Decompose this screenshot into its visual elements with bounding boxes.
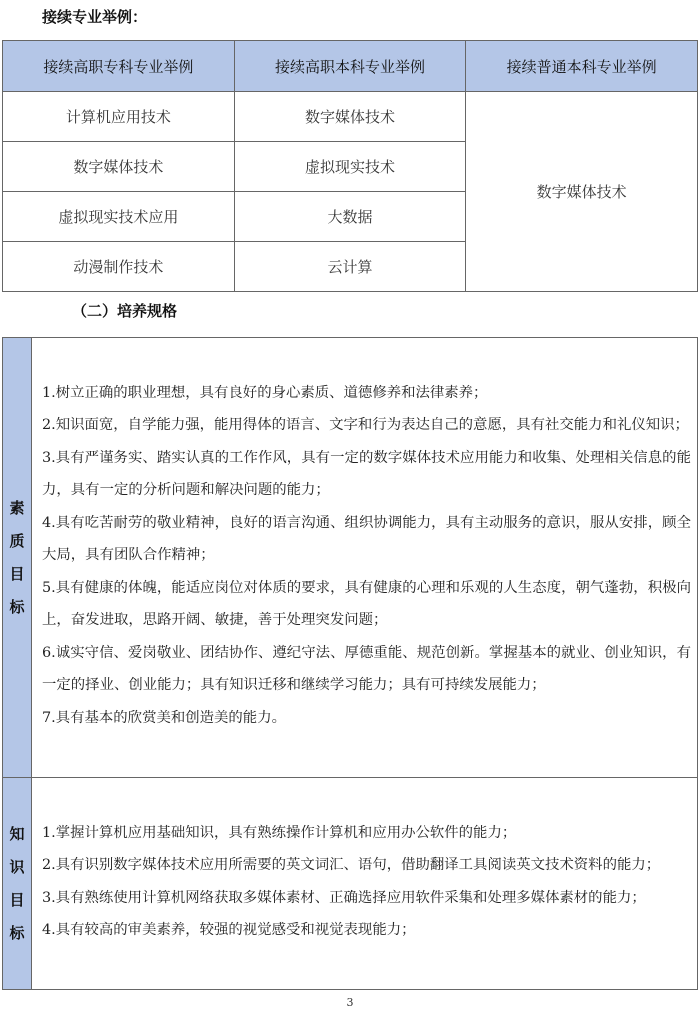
table-cell: 虚拟现实技术: [234, 142, 466, 192]
list-item: 4.具有较高的审美素养，较强的视觉感受和视觉表现能力；: [42, 914, 691, 947]
list-item: 2.知识面宽，自学能力强，能用得体的语言、文字和行为表达自己的意愿，具有社交能力…: [42, 409, 691, 442]
knowledge-goals-list: 1.掌握计算机应用基础知识，具有熟练操作计算机和应用办公软件的能力； 2.具有识…: [32, 778, 698, 990]
table-cell: 动漫制作技术: [3, 242, 235, 292]
label-char: 素: [3, 492, 31, 525]
table-cell: 大数据: [234, 192, 466, 242]
knowledge-goals-label: 知 识 目 标: [3, 778, 32, 990]
list-item: 3.具有熟练使用计算机网络获取多媒体素材、正确选择应用软件采集和处理多媒体素材的…: [42, 882, 691, 915]
label-char: 标: [3, 591, 31, 624]
list-item: 2.具有识别数字媒体技术应用所需要的英文词汇、语句，借助翻译工具阅读英文技术资料…: [42, 849, 691, 882]
knowledge-goals-row: 知 识 目 标 1.掌握计算机应用基础知识，具有熟练操作计算机和应用办公软件的能…: [3, 778, 698, 990]
list-item: 6.诚实守信、爱岗敬业、团结协作、遵纪守法、厚德重能、规范创新。掌握基本的就业、…: [42, 637, 691, 702]
table-cell: 虚拟现实技术应用: [3, 192, 235, 242]
label-char: 目: [3, 884, 31, 917]
list-item: 5.具有健康的体魄，能适应岗位对体质的要求，具有健康的心理和乐观的人生态度，朝气…: [42, 572, 691, 637]
table-header-row: 接续高职专科专业举例 接续高职本科专业举例 接续普通本科专业举例: [3, 41, 698, 92]
label-char: 质: [3, 525, 31, 558]
label-char: 知: [3, 818, 31, 851]
header-vocational-bachelor: 接续高职本科专业举例: [234, 41, 466, 92]
label-char: 识: [3, 851, 31, 884]
continuing-majors-table: 接续高职专科专业举例 接续高职本科专业举例 接续普通本科专业举例 计算机应用技术…: [2, 40, 698, 292]
quality-goals-list: 1.树立正确的职业理想，具有良好的身心素质、道德修养和法律素养； 2.知识面宽，…: [32, 338, 698, 778]
list-item: 4.具有吃苦耐劳的敬业精神，良好的语言沟通、组织协调能力，具有主动服务的意识，服…: [42, 507, 691, 572]
table-row: 计算机应用技术 数字媒体技术 数字媒体技术: [3, 92, 698, 142]
table-cell: 数字媒体技术: [3, 142, 235, 192]
table-cell: 数字媒体技术: [234, 92, 466, 142]
section-heading: 接续专业举例：: [42, 6, 147, 27]
quality-goals-label: 素 质 目 标: [3, 338, 32, 778]
list-item: 1.掌握计算机应用基础知识，具有熟练操作计算机和应用办公软件的能力；: [42, 817, 691, 850]
header-vocational-college: 接续高职专科专业举例: [3, 41, 235, 92]
list-item: 7.具有基本的欣赏美和创造美的能力。: [42, 702, 691, 735]
table-cell: 计算机应用技术: [3, 92, 235, 142]
quality-goals-row: 素 质 目 标 1.树立正确的职业理想，具有良好的身心素质、道德修养和法律素养；…: [3, 338, 698, 778]
merged-cell: 数字媒体技术: [466, 92, 698, 292]
training-specs-table: 素 质 目 标 1.树立正确的职业理想，具有良好的身心素质、道德修养和法律素养；…: [2, 337, 698, 990]
page-number: 3: [0, 996, 700, 1009]
label-char: 目: [3, 558, 31, 591]
label-char: 标: [3, 917, 31, 950]
list-item: 3.具有严谨务实、踏实认真的工作作风，具有一定的数字媒体技术应用能力和收集、处理…: [42, 442, 691, 507]
subsection-heading: （二）培养规格: [72, 300, 177, 321]
table-cell: 云计算: [234, 242, 466, 292]
header-general-bachelor: 接续普通本科专业举例: [466, 41, 698, 92]
list-item: 1.树立正确的职业理想，具有良好的身心素质、道德修养和法律素养；: [42, 377, 691, 410]
